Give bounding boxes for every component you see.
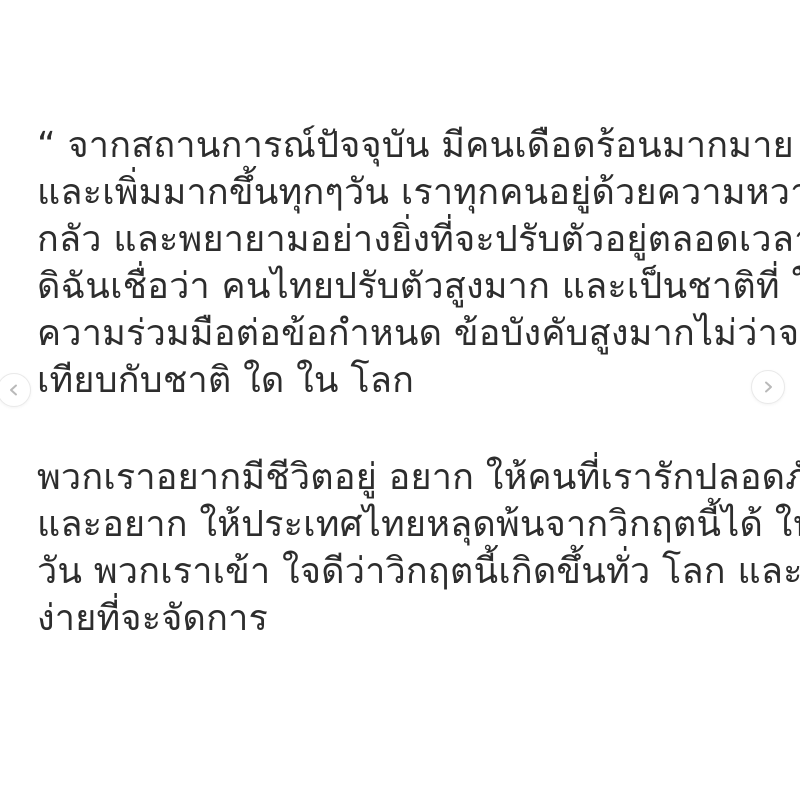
text-line: และเพิ่มมากขึ้นทุกๆวัน เราทุกคนอยู่ด้วยค… — [37, 169, 782, 216]
carousel-image-viewer: “ จากสถานการณ์ปัจจุบัน มีคนเดือดร้อนมากม… — [0, 0, 800, 788]
paragraph-2: พวกเราอยากมีชีวิตอยู่ อยาก ให้คนที่เรารั… — [37, 454, 782, 642]
text-line: และอยาก ให้ประเทศไทยหลุดพ้นจากวิกฤตนี้ได… — [37, 501, 782, 548]
paragraph-1: “ จากสถานการณ์ปัจจุบัน มีคนเดือดร้อนมากม… — [37, 122, 782, 404]
chevron-right-icon — [761, 380, 775, 394]
chevron-left-icon — [7, 383, 21, 397]
text-line: พวกเราอยากมีชีวิตอยู่ อยาก ให้คนที่เรารั… — [37, 454, 782, 501]
carousel-next-button[interactable] — [751, 370, 785, 404]
text-line: เทียบกับชาติ ใด ใน โลก — [37, 357, 782, 404]
text-line: วัน พวกเราเข้า ใจดีว่าวิกฤตนี้เกิดขึ้นทั… — [37, 548, 782, 595]
text-line: ดิฉันเชื่อว่า คนไทยปรับตัวสูงมาก และเป็น… — [37, 263, 782, 310]
carousel-prev-button[interactable] — [0, 373, 31, 407]
text-line: กลัว และพยายามอย่างยิ่งที่จะปรับตัวอยู่ต… — [37, 216, 782, 263]
text-line: ความร่วมมือต่อข้อกำหนด ข้อบังคับสูงมากไม… — [37, 310, 782, 357]
text-line: ง่ายที่จะจัดการ — [37, 595, 782, 642]
quote-text-panel: “ จากสถานการณ์ปัจจุบัน มีคนเดือดร้อนมากม… — [37, 122, 782, 642]
text-line: “ จากสถานการณ์ปัจจุบัน มีคนเดือดร้อนมากม… — [37, 122, 782, 169]
